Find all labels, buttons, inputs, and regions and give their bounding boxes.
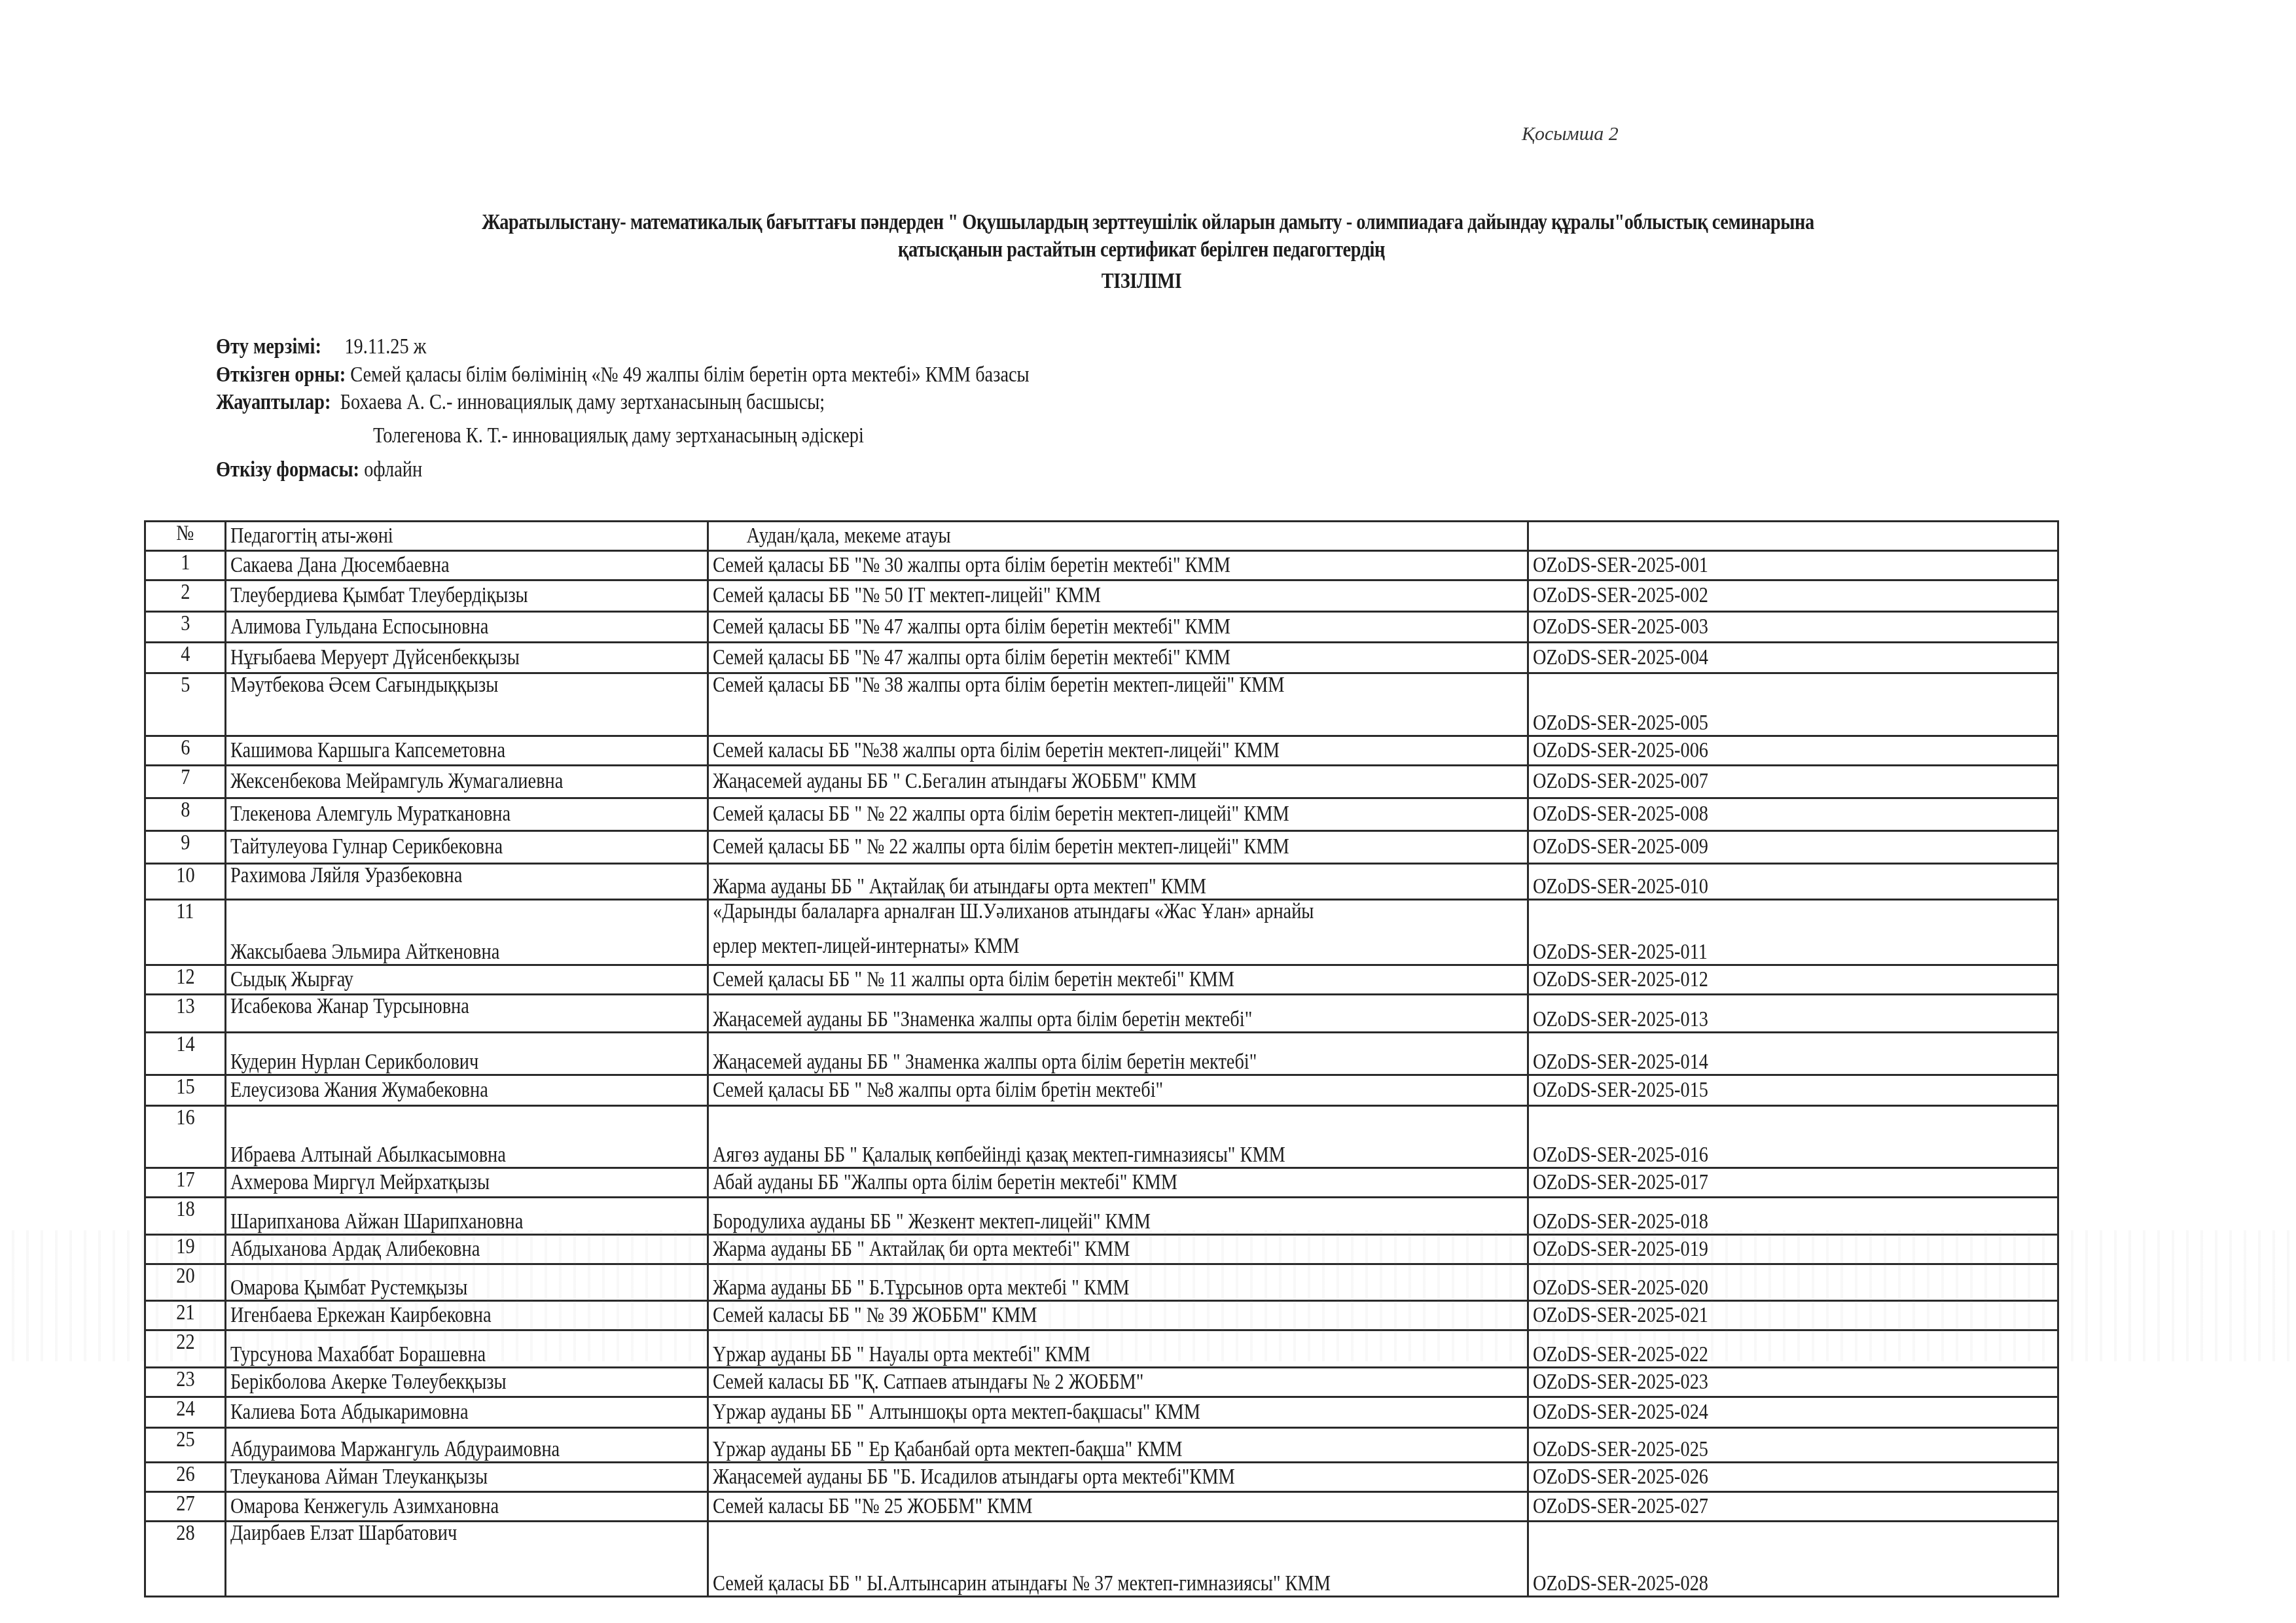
institution-name: Жаңасемей ауданы ББ "Б. Исадилов атындағ… [708, 1463, 1528, 1492]
table-row: 28Даирбаев Елзат ШарбатовичСемей қаласы … [145, 1522, 2058, 1597]
table-row: 12Сыдық ЖырғауСемей қаласы ББ " № 11 жал… [145, 965, 2058, 995]
header-org: Аудан/қала, мекеме атауы [708, 522, 1528, 551]
table-row: 24Калиева Бота АбдыкаримовнаҮржар ауданы… [145, 1397, 2058, 1428]
meta-format-label: Өткізу формасы: [216, 458, 359, 482]
teacher-name: Омарова Кенжегуль Азимхановна [226, 1492, 708, 1522]
certificate-code: OZoDS-SER-2025-006 [1528, 736, 2058, 766]
meta-responsible: Жауаптылар: Бохаева А. С.- инновациялық … [216, 391, 825, 415]
row-number: 11 [145, 900, 226, 965]
certificate-code: OZoDS-SER-2025-021 [1528, 1301, 2058, 1330]
certificate-code: OZoDS-SER-2025-014 [1528, 1033, 2058, 1075]
certificate-code: OZoDS-SER-2025-002 [1528, 580, 2058, 612]
teacher-name: Нұғыбаева Меруерт Дүйсенбекқызы [226, 643, 708, 673]
teacher-name: Берікболова Акерке Төлеубекқызы [226, 1368, 708, 1397]
teacher-name: Сыдық Жырғау [226, 965, 708, 995]
table-row: 7Жексенбекова Мейрамгуль ЖумагалиевнаЖаң… [145, 766, 2058, 798]
teacher-name: Тайтулеуова Гулнар Серикбековна [226, 831, 708, 864]
institution-name: Аягөз ауданы ББ " Қалалық көпбейінді қаз… [708, 1106, 1528, 1168]
row-number: 7 [145, 766, 226, 798]
certificate-code: OZoDS-SER-2025-019 [1528, 1235, 2058, 1264]
certificate-code: OZoDS-SER-2025-013 [1528, 995, 2058, 1033]
certificate-code: OZoDS-SER-2025-003 [1528, 612, 2058, 643]
row-number: 22 [145, 1330, 226, 1368]
certificate-code: OZoDS-SER-2025-017 [1528, 1168, 2058, 1198]
row-number: 4 [145, 643, 226, 673]
row-number: 3 [145, 612, 226, 643]
row-number: 17 [145, 1168, 226, 1198]
institution-name: Жаңасемей ауданы ББ " С.Бегалин атындағы… [708, 766, 1528, 798]
table-row: 1Сакаева Дана ДюсембаевнаСемей қаласы ББ… [145, 551, 2058, 580]
table-row: 9Тайтулеуова Гулнар СерикбековнаСемей қа… [145, 831, 2058, 864]
row-number: 20 [145, 1264, 226, 1301]
institution-name: Жарма ауданы ББ " Ақтайлақ би атындағы о… [708, 864, 1528, 900]
table-row: 8Тлекенова Алемгуль МураткановнаСемей қа… [145, 798, 2058, 831]
table-row: 11Жаксыбаева Эльмира Айткеновна«Дарынды … [145, 900, 2058, 965]
row-number: 28 [145, 1522, 226, 1597]
teacher-name: Турсунова Махаббат Борашевна [226, 1330, 708, 1368]
teacher-name: Мәутбекова Әсем Сағындыққызы [226, 673, 708, 736]
table-row: 6Кашимова Каршыга КапсеметовнаСемей кала… [145, 736, 2058, 766]
table-row: 25Абдураимова Маржангуль АбдураимовнаҮрж… [145, 1428, 2058, 1463]
certificate-code: OZoDS-SER-2025-024 [1528, 1397, 2058, 1428]
row-number: 2 [145, 580, 226, 612]
institution-name: Семей қаласы ББ "№ 47 жалпы орта білім б… [708, 643, 1528, 673]
meta-format-value: офлайн [364, 458, 422, 482]
institution-name: Семей қаласы ББ " № 22 жалпы орта білім … [708, 831, 1528, 864]
row-number: 5 [145, 673, 226, 736]
teacher-name: Игенбаева Еркежан Каирбековна [226, 1301, 708, 1330]
document-title-line-3: ТІЗІЛІМІ [154, 270, 2129, 294]
row-number: 9 [145, 831, 226, 864]
institution-name: Семей қаласы ББ "№ 30 жалпы орта білім б… [708, 551, 1528, 580]
institution-name: Жарма ауданы ББ " Б.Тұрсынов орта мектеб… [708, 1264, 1528, 1301]
certificate-code: OZoDS-SER-2025-016 [1528, 1106, 2058, 1168]
certificate-code: OZoDS-SER-2025-023 [1528, 1368, 2058, 1397]
institution-name: Жаңасемей ауданы ББ " Знаменка жалпы орт… [708, 1033, 1528, 1075]
certificate-code: OZoDS-SER-2025-011 [1528, 900, 2058, 965]
annex-label: Қосымша 2 [1522, 123, 1619, 145]
meta-place-label: Өткізген орны: [216, 363, 346, 387]
teacher-name: Абдыханова Ардақ Алибековна [226, 1235, 708, 1264]
table-row: 2Тлеубердиева Қымбат ТлеубердіқызыСемей … [145, 580, 2058, 612]
row-number: 8 [145, 798, 226, 831]
certificate-code: OZoDS-SER-2025-001 [1528, 551, 2058, 580]
table-row: 13Исабекова Жанар ТурсыновнаЖаңасемей ау… [145, 995, 2058, 1033]
teacher-name: Тлеуканова Айман Тлеуканқызы [226, 1463, 708, 1492]
certificate-code: OZoDS-SER-2025-015 [1528, 1075, 2058, 1106]
table-row: 26Тлеуканова Айман ТлеуканқызыЖаңасемей … [145, 1463, 2058, 1492]
certificate-code: OZoDS-SER-2025-026 [1528, 1463, 2058, 1492]
row-number: 1 [145, 551, 226, 580]
certificate-code: OZoDS-SER-2025-010 [1528, 864, 2058, 900]
teacher-name: Жексенбекова Мейрамгуль Жумагалиевна [226, 766, 708, 798]
teacher-name: Рахимова Ляйля Уразбековна [226, 864, 708, 900]
teacher-name: Жаксыбаева Эльмира Айткеновна [226, 900, 708, 965]
row-number: 23 [145, 1368, 226, 1397]
row-number: 27 [145, 1492, 226, 1522]
table-row: 4Нұғыбаева Меруерт ДүйсенбекқызыСемей қа… [145, 643, 2058, 673]
teacher-name: Калиева Бота Абдыкаримовна [226, 1397, 708, 1428]
institution-name: Семей қаласы ББ "№ 47 жалпы орта білім б… [708, 612, 1528, 643]
institution-name: Бородулиха ауданы ББ " Жезкент мектеп-ли… [708, 1198, 1528, 1235]
teacher-name: Тлеубердиева Қымбат Тлеубердіқызы [226, 580, 708, 612]
table-row: 21Игенбаева Еркежан КаирбековнаСемей кал… [145, 1301, 2058, 1330]
meta-format: Өткізу формасы: офлайн [216, 458, 422, 482]
row-number: 18 [145, 1198, 226, 1235]
certificate-code: OZoDS-SER-2025-012 [1528, 965, 2058, 995]
meta-date-label: Өту мерзімі: [216, 335, 321, 359]
header-name: Педагогтің аты-жөні [226, 522, 708, 551]
row-number: 25 [145, 1428, 226, 1463]
table-row: 5Мәутбекова Әсем СағындыққызыСемей қалас… [145, 673, 2058, 736]
meta-date-value: 19.11.25 ж [344, 335, 426, 359]
header-num: № [145, 522, 226, 551]
document-title-line-2: қатысқанын растайтын сертификат берілген… [154, 238, 2129, 262]
certificate-code: OZoDS-SER-2025-018 [1528, 1198, 2058, 1235]
institution-name: «Дарынды балаларға арналған Ш.Уәлиханов … [708, 900, 1528, 965]
row-number: 12 [145, 965, 226, 995]
certificate-code: OZoDS-SER-2025-004 [1528, 643, 2058, 673]
teacher-name: Сакаева Дана Дюсембаевна [226, 551, 708, 580]
institution-name: Семей қаласы ББ " № 11 жалпы орта білім … [708, 965, 1528, 995]
teacher-name: Тлекенова Алемгуль Мураткановна [226, 798, 708, 831]
teacher-name: Кудерин Нурлан Серикболович [226, 1033, 708, 1075]
institution-name: Жарма ауданы ББ " Актайлақ би орта мекте… [708, 1235, 1528, 1264]
teacher-name: Шарипханова Айжан Шарипхановна [226, 1198, 708, 1235]
certificate-code: OZoDS-SER-2025-025 [1528, 1428, 2058, 1463]
meta-responsible-1: Бохаева А. С.- инновациялық даму зертхан… [340, 391, 825, 414]
institution-name: Семей қаласы ББ " №8 жалпы орта білім бр… [708, 1075, 1528, 1106]
institution-name: Семей қаласы ББ "№ 50 IT мектеп-лицейі" … [708, 580, 1528, 612]
certificate-code: OZoDS-SER-2025-027 [1528, 1492, 2058, 1522]
teacher-name: Даирбаев Елзат Шарбатович [226, 1522, 708, 1597]
meta-place: Өткізген орны: Семей қаласы білім бөлімі… [216, 363, 1030, 387]
teacher-name: Кашимова Каршыга Капсеметовна [226, 736, 708, 766]
document-title-line-1: Жаратылыстану- математикалық бағыттағы п… [161, 211, 2136, 235]
meta-responsible-label: Жауаптылар: [216, 391, 331, 414]
certificate-code: OZoDS-SER-2025-022 [1528, 1330, 2058, 1368]
table-row: 23Берікболова Акерке ТөлеубекқызыСемей к… [145, 1368, 2058, 1397]
table-header-row: № Педагогтің аты-жөні Аудан/қала, мекеме… [145, 522, 2058, 551]
institution-name: Семей қаласы ББ "№ 38 жалпы орта білім б… [708, 673, 1528, 736]
teacher-name: Ахмерова Миргүл Мейрхатқызы [226, 1168, 708, 1198]
institution-name: Абай ауданы ББ "Жалпы орта білім беретін… [708, 1168, 1528, 1198]
certificate-code: OZoDS-SER-2025-008 [1528, 798, 2058, 831]
certificate-code: OZoDS-SER-2025-009 [1528, 831, 2058, 864]
institution-name: Үржар ауданы ББ " Ер Қабанбай орта мекте… [708, 1428, 1528, 1463]
certificate-code: OZoDS-SER-2025-007 [1528, 766, 2058, 798]
institution-name: Үржар ауданы ББ " Алтыншоқы орта мектеп-… [708, 1397, 1528, 1428]
institution-name: Семей каласы ББ "Қ. Сатпаев атындағы № 2… [708, 1368, 1528, 1397]
row-number: 21 [145, 1301, 226, 1330]
institution-name: Семей каласы ББ "№ 25 ЖОББМ" КММ [708, 1492, 1528, 1522]
table-row: 16Ибраева Алтынай Абылкасымовна Аягөз ау… [145, 1106, 2058, 1168]
teacher-name: Исабекова Жанар Турсыновна [226, 995, 708, 1033]
table-row: 19Абдыханова Ардақ АлибековнаЖарма аудан… [145, 1235, 2058, 1264]
row-number: 13 [145, 995, 226, 1033]
institution-name: Жаңасемей ауданы ББ "Знаменка жалпы орта… [708, 995, 1528, 1033]
row-number: 26 [145, 1463, 226, 1492]
header-code [1528, 522, 2058, 551]
row-number: 10 [145, 864, 226, 900]
teacher-name: Абдураимова Маржангуль Абдураимовна [226, 1428, 708, 1463]
certificate-code: OZoDS-SER-2025-005 [1528, 673, 2058, 736]
table-row: 15Елеусизова Жания ЖумабековнаСемей қала… [145, 1075, 2058, 1106]
table-row: 10Рахимова Ляйля УразбековнаЖарма ауданы… [145, 864, 2058, 900]
institution-name: Семей каласы ББ "№38 жалпы орта білім бе… [708, 736, 1528, 766]
certificate-code: OZoDS-SER-2025-020 [1528, 1264, 2058, 1301]
meta-place-value: Семей қаласы білім бөлімінің «№ 49 жалпы… [350, 363, 1029, 387]
teacher-name: Алимова Гульдана Еспосыновна [226, 612, 708, 643]
table-row: 17Ахмерова Миргүл МейрхатқызыАбай ауданы… [145, 1168, 2058, 1198]
meta-responsible-2: Толегенова К. Т.- инновациялық даму зерт… [373, 424, 864, 448]
certificate-code: OZoDS-SER-2025-028 [1528, 1522, 2058, 1597]
row-number: 24 [145, 1397, 226, 1428]
meta-date: Өту мерзімі: 19.11.25 ж [216, 335, 426, 359]
institution-name: Үржар ауданы ББ " Науалы орта мектебі" К… [708, 1330, 1528, 1368]
row-number: 15 [145, 1075, 226, 1106]
table-row: 14Кудерин Нурлан СерикболовичЖаңасемей а… [145, 1033, 2058, 1075]
institution-name: Семей қаласы ББ " № 22 жалпы орта білім … [708, 798, 1528, 831]
table-row: 22Турсунова Махаббат БорашевнаҮржар ауда… [145, 1330, 2058, 1368]
row-number: 16 [145, 1106, 226, 1168]
teacher-name: Елеусизова Жания Жумабековна [226, 1075, 708, 1106]
institution-name: Семей каласы ББ " № 39 ЖОББМ" КММ [708, 1301, 1528, 1330]
table-row: 20Омарова Қымбат РустемқызыЖарма ауданы … [145, 1264, 2058, 1301]
row-number: 19 [145, 1235, 226, 1264]
registry-table: № Педагогтің аты-жөні Аудан/қала, мекеме… [144, 520, 2059, 1597]
row-number: 14 [145, 1033, 226, 1075]
table-row: 27Омарова Кенжегуль АзимхановнаСемей кал… [145, 1492, 2058, 1522]
row-number: 6 [145, 736, 226, 766]
institution-name: Семей қаласы ББ " Ы.Алтынсарин атындағы … [708, 1522, 1528, 1597]
teacher-name: Ибраева Алтынай Абылкасымовна [226, 1106, 708, 1168]
table-row: 3Алимова Гульдана ЕспосыновнаСемей қалас… [145, 612, 2058, 643]
teacher-name: Омарова Қымбат Рустемқызы [226, 1264, 708, 1301]
table-row: 18Шарипханова Айжан ШарипхановнаБородули… [145, 1198, 2058, 1235]
